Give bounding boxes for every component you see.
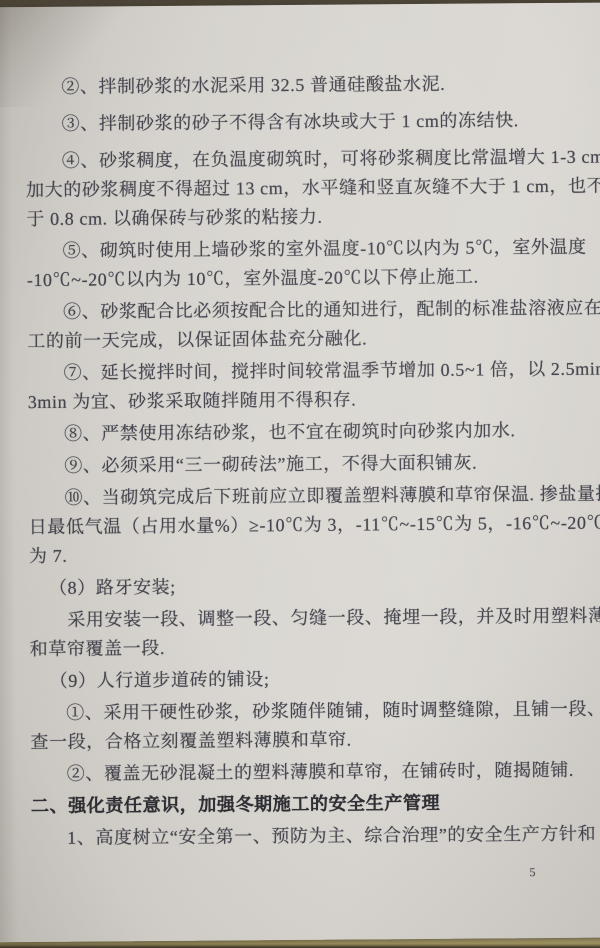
text-line: ②、覆盖无砂混凝土的塑料薄膜和草帘，在铺砖时，随揭随铺. [31,756,568,789]
section-heading: 二、强化责任意识，加强冬期施工的安全生产管理 [31,788,568,821]
text-line: ③、拌制砂浆的砂子不得含有冰块或大于 1 cm的冻结快. [25,106,562,139]
text-line: （9）人行道步道砖的铺设; [30,663,567,696]
text-line: ⑨、必须采用“三一砌砖法”施工，不得大面积铺灰. [28,448,565,481]
text-line: 和草帘覆盖一段. [30,631,567,664]
text-line: ⑦、延长搅拌时间，搅拌时间较常温季节增加 0.5~1 倍，以 2.5min~ [27,355,564,388]
text-line: -10℃~-20℃以内为 10℃，室外温度-20℃以下停止施工. [27,262,564,295]
text-line: 加大的砂浆稠度不得超过 13 cm，水平缝和竖直灰缝不大于 1 cm，也不得小 [26,172,563,205]
document-photo: ②、拌制砂浆的水泥采用 32.5 普通硅酸盐水泥. ③、拌制砂浆的砂子不得含有冰… [0,0,600,948]
text-line: 工的前一天完成，以保证固体盐充分融化. [27,323,564,356]
paper-page: ②、拌制砂浆的水泥采用 32.5 普通硅酸盐水泥. ③、拌制砂浆的砂子不得含有冰… [0,3,600,943]
text-line: ⑥、砂浆配合比必须按配合比的通知进行，配制的标准盐溶液应在施 [27,294,564,327]
left-edge-shadow [0,7,18,942]
text-line: 日最低气温（占用水量%）≥-10℃为 3，-11℃~-15℃为 5，-16℃~-… [29,509,566,542]
text-line: 1、高度树立“安全第一、预防为主、综合治理”的安全生产方针和 [31,820,568,853]
document-text: ②、拌制砂浆的水泥采用 32.5 普通硅酸盐水泥. ③、拌制砂浆的砂子不得含有冰… [25,69,568,853]
text-line: ⑧、严禁使用冻结砂浆，也不宜在砌筑时向砂浆内加水. [28,416,565,449]
text-line: 3min 为宜、砂浆采取随拌随用不得积存. [28,384,565,417]
page-number: 5 [529,865,535,880]
text-line: ①、采用干硬性砂浆，砂浆随伴随铺，随时调整缝隙，且铺一段、检 [30,695,567,728]
text-line: ⑤、砌筑时使用上墙砂浆的室外温度-10℃以内为 5℃，室外温度 [26,233,563,266]
text-line: 查一段，合格立刻覆盖塑料薄膜和草帘. [30,724,567,757]
text-line: 于 0.8 cm. 以确保砖与砂浆的粘接力. [26,201,563,234]
text-line: ②、拌制砂浆的水泥采用 32.5 普通硅酸盐水泥. [25,69,562,102]
text-line: ④、砂浆稠度，在负温度砌筑时，可将砂浆稠度比常温增大 1-3 cm， [26,143,563,176]
text-line: （8）路牙安装; [29,570,566,603]
text-line: 为 7. [29,538,566,571]
text-line: ⑩、当砌筑完成后下班前应立即覆盖塑料薄膜和草帘保温. 掺盐量按 [28,480,565,513]
text-line: 采用安装一段、调整一段、匀缝一段、掩埋一段，并及时用塑料薄膜 [29,602,566,635]
